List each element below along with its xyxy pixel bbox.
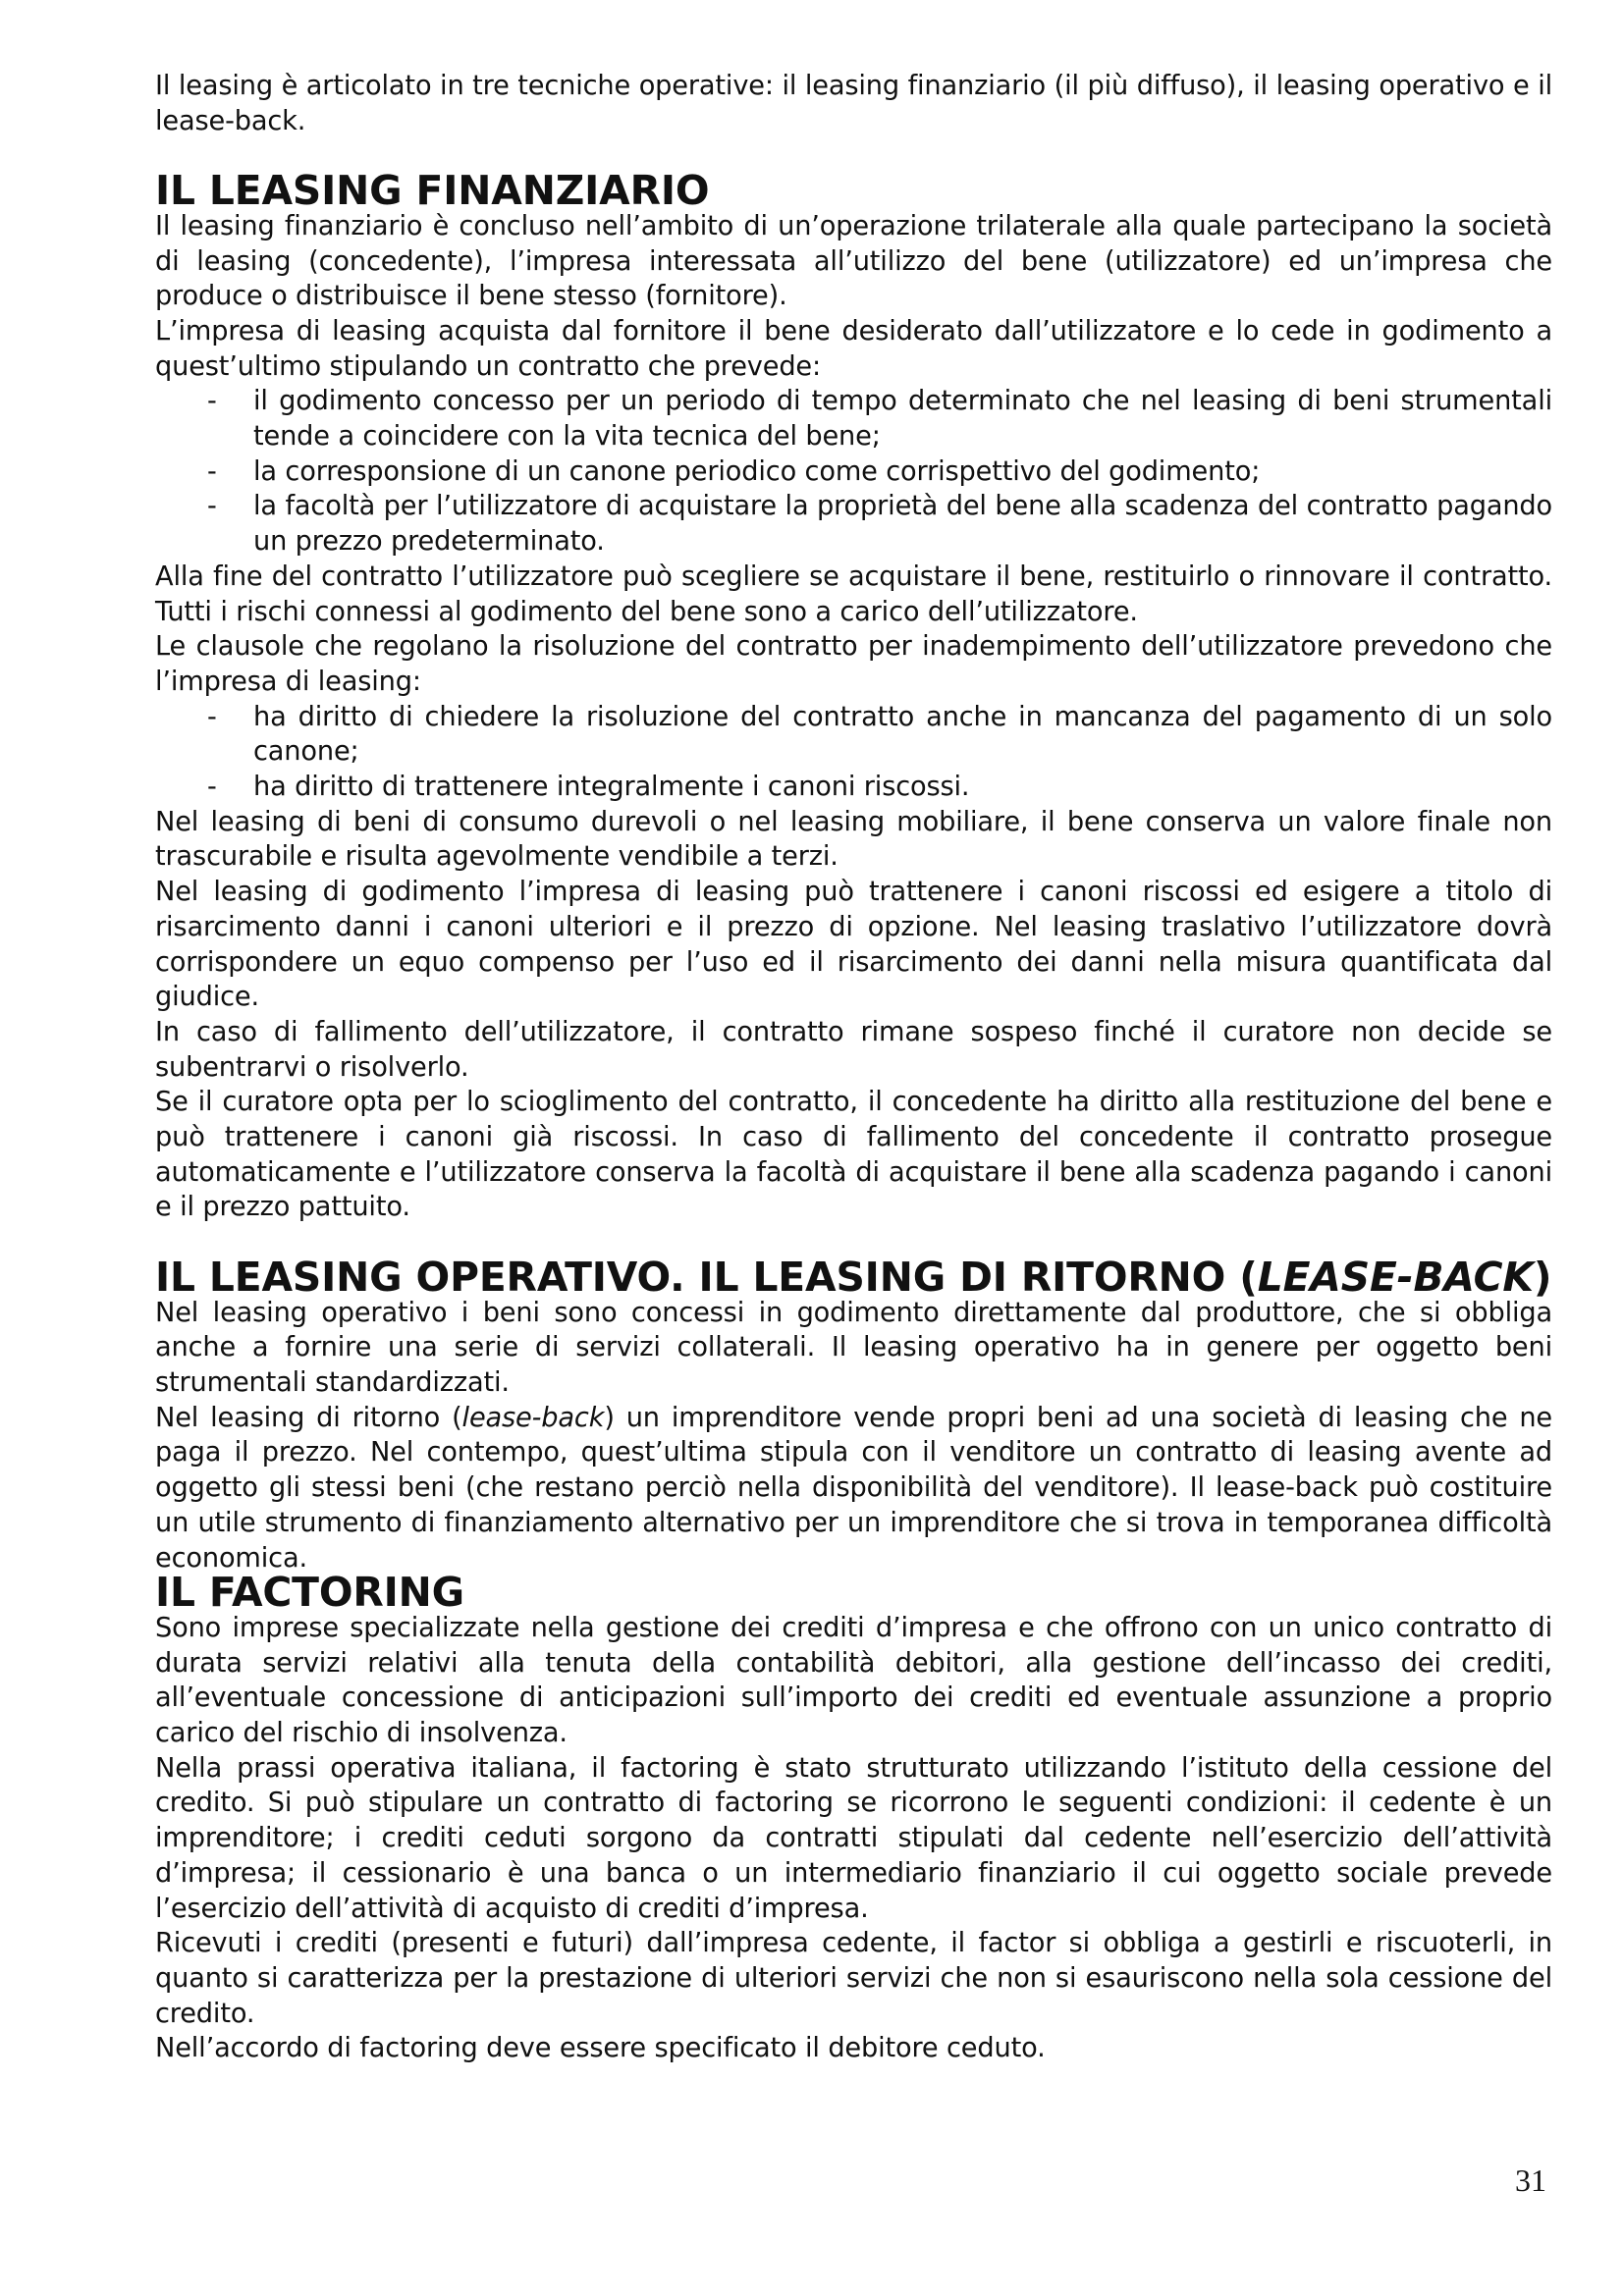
section-heading: IL LEASING FINANZIARIO bbox=[155, 174, 1552, 209]
dash-bullet-icon: - bbox=[207, 384, 217, 419]
paragraph: Alla fine del contratto l’utilizzatore p… bbox=[155, 560, 1552, 629]
section-leasing-finanziario: IL LEASING FINANZIARIO Il leasing finanz… bbox=[155, 174, 1552, 1225]
paragraph: Nel leasing di beni di consumo durevoli … bbox=[155, 805, 1552, 875]
heading-text: IL LEASING OPERATIVO. IL LEASING DI RITO… bbox=[155, 1254, 1258, 1301]
section-heading: IL FACTORING bbox=[155, 1575, 1552, 1611]
list-item-text: ha diritto di chiedere la risoluzione de… bbox=[253, 702, 1552, 768]
list-item: - il godimento concesso per un periodo d… bbox=[155, 384, 1552, 454]
dash-bullet-icon: - bbox=[207, 454, 217, 490]
list-item-text: la facoltà per l’utilizzatore di acquist… bbox=[253, 491, 1552, 557]
paragraph: Le clausole che regolano la risoluzione … bbox=[155, 629, 1552, 699]
paragraph: Il leasing finanziario è concluso nell’a… bbox=[155, 209, 1552, 314]
list-item: - la corresponsione di un canone periodi… bbox=[155, 454, 1552, 490]
section-heading: IL LEASING OPERATIVO. IL LEASING DI RITO… bbox=[155, 1260, 1552, 1296]
paragraph: Nell’accordo di factoring deve essere sp… bbox=[155, 2031, 1552, 2066]
paragraph: L’impresa di leasing acquista dal fornit… bbox=[155, 314, 1552, 384]
list-item: - la facoltà per l’utilizzatore di acqui… bbox=[155, 489, 1552, 559]
page-number: 31 bbox=[1515, 2163, 1546, 2198]
list-item: - ha diritto di chiedere la risoluzione … bbox=[155, 700, 1552, 770]
bullet-list: - ha diritto di chiedere la risoluzione … bbox=[155, 700, 1552, 805]
heading-text: ) bbox=[1534, 1254, 1552, 1301]
paragraph: Nel leasing di ritorno (lease-back) un i… bbox=[155, 1401, 1552, 1576]
paragraph: Ricevuti i crediti (presenti e futuri) d… bbox=[155, 1926, 1552, 2031]
heading-italic-text: LEASE-BACK bbox=[1258, 1254, 1534, 1301]
intro-paragraph: Il leasing è articolato in tre tecniche … bbox=[155, 69, 1552, 138]
dash-bullet-icon: - bbox=[207, 489, 217, 524]
section-leasing-operativo: IL LEASING OPERATIVO. IL LEASING DI RITO… bbox=[155, 1260, 1552, 1575]
page-content: Il leasing è articolato in tre tecniche … bbox=[155, 69, 1552, 2066]
paragraph: Sono imprese specializzate nella gestion… bbox=[155, 1611, 1552, 1751]
list-item-text: la corresponsione di un canone periodico… bbox=[253, 456, 1260, 487]
section-factoring: IL FACTORING Sono imprese specializzate … bbox=[155, 1575, 1552, 2066]
dash-bullet-icon: - bbox=[207, 770, 217, 805]
paragraph: Se il curatore opta per lo scioglimento … bbox=[155, 1085, 1552, 1225]
paragraph-italic-text: lease-back bbox=[462, 1403, 605, 1433]
paragraph: Nel leasing di godimento l’impresa di le… bbox=[155, 875, 1552, 1015]
list-item: - ha diritto di trattenere integralmente… bbox=[155, 770, 1552, 805]
paragraph: In caso di fallimento dell’utilizzatore,… bbox=[155, 1015, 1552, 1085]
paragraph: Nella prassi operativa italiana, il fact… bbox=[155, 1751, 1552, 1927]
list-item-text: il godimento concesso per un periodo di … bbox=[253, 386, 1552, 452]
paragraph: Nel leasing operativo i beni sono conces… bbox=[155, 1296, 1552, 1401]
list-item-text: ha diritto di trattenere integralmente i… bbox=[253, 772, 969, 802]
dash-bullet-icon: - bbox=[207, 700, 217, 735]
bullet-list: - il godimento concesso per un periodo d… bbox=[155, 384, 1552, 560]
paragraph-text: Nel leasing di ritorno ( bbox=[155, 1403, 462, 1433]
